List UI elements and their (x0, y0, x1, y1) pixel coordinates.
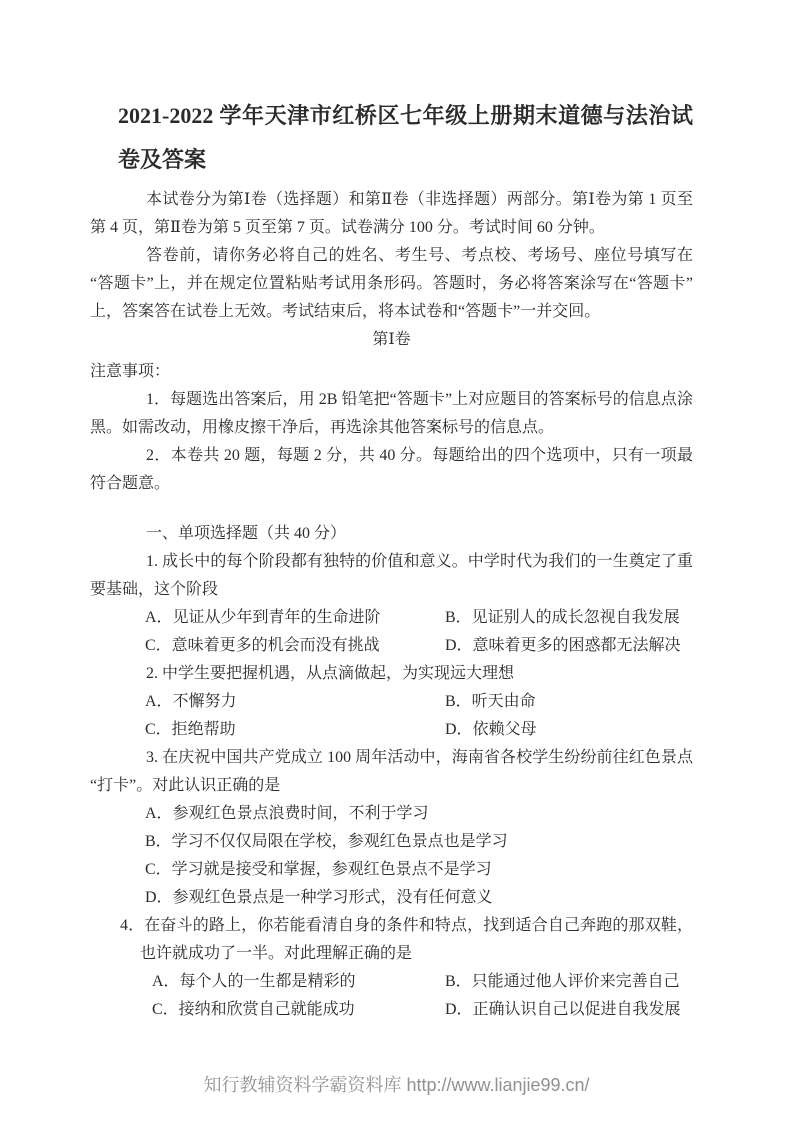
question-1-options-row-1: A．见证从少年到青年的生命进阶 B．见证别人的成长忽视自我发展 (90, 604, 693, 632)
question-2-option-a: A．不懈努力 (145, 688, 445, 716)
watermark-footer: 知行教辅资料学霸资料库 http://www.lianjie99.cn/ (0, 1074, 793, 1096)
intro-paragraph-1: 本试卷分为第Ⅰ卷（选择题）和第Ⅱ卷（非选择题）两部分。第Ⅰ卷为第 1 页至第 4… (90, 186, 693, 242)
section1-heading: 一、单项选择题（共 40 分） (90, 520, 693, 548)
question-3-option-c: C．学习就是接受和掌握，参观红色景点不是学习 (145, 856, 693, 884)
question-2: 2. 中学生要把握机遇，从点滴做起，为实现远大理想 A．不懈努力 B．听天由命 … (90, 660, 693, 744)
note-item-1: 1．每题选出答案后，用 2B 铅笔把“答题卡”上对应题目的答案标号的信息点涂黑。… (90, 386, 693, 442)
question-4-option-a: A．每个人的一生都是精彩的 (152, 968, 445, 996)
document-content: 2021-2022 学年天津市红桥区七年级上册期末道德与法治试卷及答案 本试卷分… (90, 94, 693, 1024)
question-1: 1. 成长中的每个阶段都有独特的价值和意义。中学时代为我们的一生奠定了重要基础，… (90, 548, 693, 660)
question-1-option-c: C．意味着更多的机会而没有挑战 (145, 632, 445, 660)
question-1-option-b: B．见证别人的成长忽视自我发展 (445, 604, 693, 632)
question-2-options-row-2: C．拒绝帮助 D．依赖父母 (90, 716, 693, 744)
question-2-option-b: B．听天由命 (445, 688, 693, 716)
document-title: 2021-2022 学年天津市红桥区七年级上册期末道德与法治试卷及答案 (118, 94, 693, 182)
question-4-options-row-1: A．每个人的一生都是精彩的 B．只能通过他人评价来完善自己 (90, 968, 693, 996)
question-2-option-c: C．拒绝帮助 (145, 716, 445, 744)
question-1-option-d: D．意味着更多的困惑都无法解决 (445, 632, 693, 660)
question-3-stem: 3. 在庆祝中国共产党成立 100 周年活动中，海南省各校学生纷纷前往红色景点“… (90, 744, 693, 800)
question-4-option-d: D．正确认识自己以促进自我发展 (445, 996, 693, 1024)
intro-paragraph-2: 答卷前，请你务必将自己的姓名、考生号、考点校、考场号、座位号填写在“答题卡”上，… (90, 242, 693, 326)
document-page: 2021-2022 学年天津市红桥区七年级上册期末道德与法治试卷及答案 本试卷分… (0, 0, 793, 1122)
question-1-stem: 1. 成长中的每个阶段都有独特的价值和意义。中学时代为我们的一生奠定了重要基础，… (90, 548, 693, 604)
question-2-stem: 2. 中学生要把握机遇，从点滴做起，为实现远大理想 (90, 660, 693, 688)
question-4-option-b: B．只能通过他人评价来完善自己 (445, 968, 693, 996)
question-1-option-a: A．见证从少年到青年的生命进阶 (145, 604, 445, 632)
question-2-options-row-1: A．不懈努力 B．听天由命 (90, 688, 693, 716)
question-3-option-a: A．参观红色景点浪费时间，不利于学习 (145, 800, 693, 828)
question-3-option-d: D．参观红色景点是一种学习形式，没有任何意义 (145, 884, 693, 912)
question-4-option-c: C．接纳和欣赏自己就能成功 (152, 996, 445, 1024)
notes-heading: 注意事项： (90, 358, 693, 386)
question-4: 4．在奋斗的路上，你若能看清自身的条件和特点，找到适合自己奔跑的那双鞋，也许就成… (90, 912, 693, 1024)
part1-heading: 第Ⅰ卷 (90, 326, 693, 354)
question-3-option-b: B．学习不仅仅局限在学校，参观红色景点也是学习 (145, 828, 693, 856)
question-2-option-d: D．依赖父母 (445, 716, 693, 744)
question-1-options-row-2: C．意味着更多的机会而没有挑战 D．意味着更多的困惑都无法解决 (90, 632, 693, 660)
question-3-options: A．参观红色景点浪费时间，不利于学习 B．学习不仅仅局限在学校，参观红色景点也是… (90, 800, 693, 912)
question-4-stem: 4．在奋斗的路上，你若能看清自身的条件和特点，找到适合自己奔跑的那双鞋，也许就成… (140, 912, 693, 968)
note-item-2: 2．本卷共 20 题，每题 2 分，共 40 分。每题给出的四个选项中，只有一项… (90, 442, 693, 498)
question-4-options-row-2: C．接纳和欣赏自己就能成功 D．正确认识自己以促进自我发展 (90, 996, 693, 1024)
question-3: 3. 在庆祝中国共产党成立 100 周年活动中，海南省各校学生纷纷前往红色景点“… (90, 744, 693, 912)
